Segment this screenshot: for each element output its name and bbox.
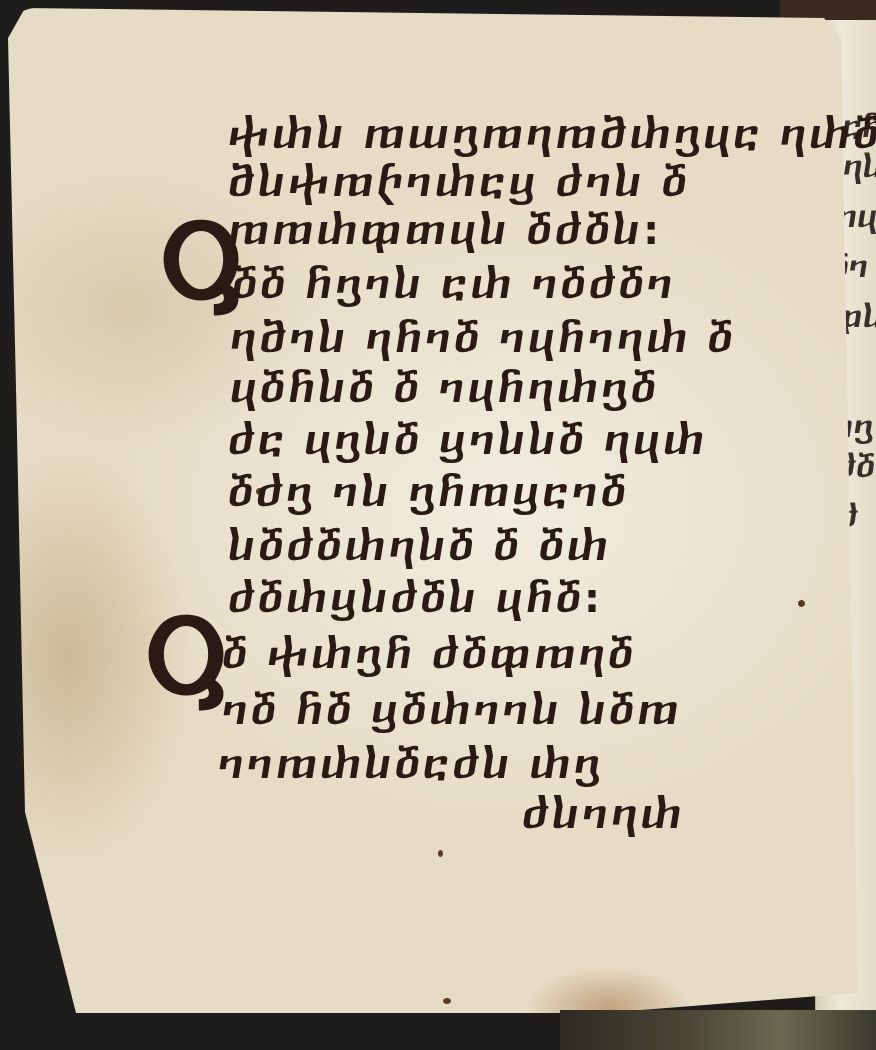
text-line: ⴛⴑⴈⴄⴐ <box>522 792 685 838</box>
text-line: ⴃⴛⴂ ⴈⴑ ⴂⴌⴊⴁⴀⴈⴃ <box>228 470 629 516</box>
text-line: ⴕⴐⴑ ⴊⴍⴂⴊⴄⴊⴋⴐⴂⴗⴀ ⴄⴐⴃ <box>228 112 876 158</box>
text-line: ⴗⴃⴌⴑⴃ ⴃ ⴈⴗⴌⴄⴐⴂⴃ <box>230 366 659 412</box>
text-line: ⴛⴀ ⴗⴂⴑⴃ ⴁⴈⴑⴑⴃ ⴄⴗⴐ <box>228 418 707 464</box>
text-line: ⴈⴈⴊⴐⴑⴃⴀⴛⴑ ⴐⴂ <box>218 742 603 788</box>
text-line: ⴑⴃⴛⴃⴐⴄⴑⴃ ⴃ ⴃⴐ <box>228 524 611 570</box>
ink-spot <box>443 998 451 1004</box>
decorated-initial: Ⴓ <box>145 605 227 717</box>
book-binding-bottom <box>560 1010 876 1050</box>
text-line: ⴛⴃⴐⴁⴑⴛⴃⴑ ⴗⴌⴃ: <box>228 576 603 622</box>
text-line: ⴃ ⴕⴐⴂⴌ ⴛⴃⴔⴊⴄⴃ <box>222 632 636 678</box>
ink-spot <box>438 850 443 857</box>
text-line: ⴋⴑⴕⴊⴡⴈⴐⴀⴁ ⴛⴈⴑ ⴃ <box>228 160 690 206</box>
text-line: ⴄⴋⴈⴑ ⴄⴌⴈⴃ ⴈⴗⴌⴈⴄⴐ ⴃ <box>230 316 736 362</box>
text-line: ⴊⴊⴐⴔⴇⴗⴑ ⴃⴛⴃⴑ: <box>228 208 662 254</box>
text-line: ⴈⴃ ⴌⴃ ⴁⴃⴐⴈⴈⴑ ⴑⴃⴊ <box>222 688 681 734</box>
ink-spot <box>798 600 805 607</box>
text-line: ⴃⴃ ⴌⴂⴈⴑ ⴀⴐ ⴈⴃⴛⴃⴈ <box>232 262 676 308</box>
